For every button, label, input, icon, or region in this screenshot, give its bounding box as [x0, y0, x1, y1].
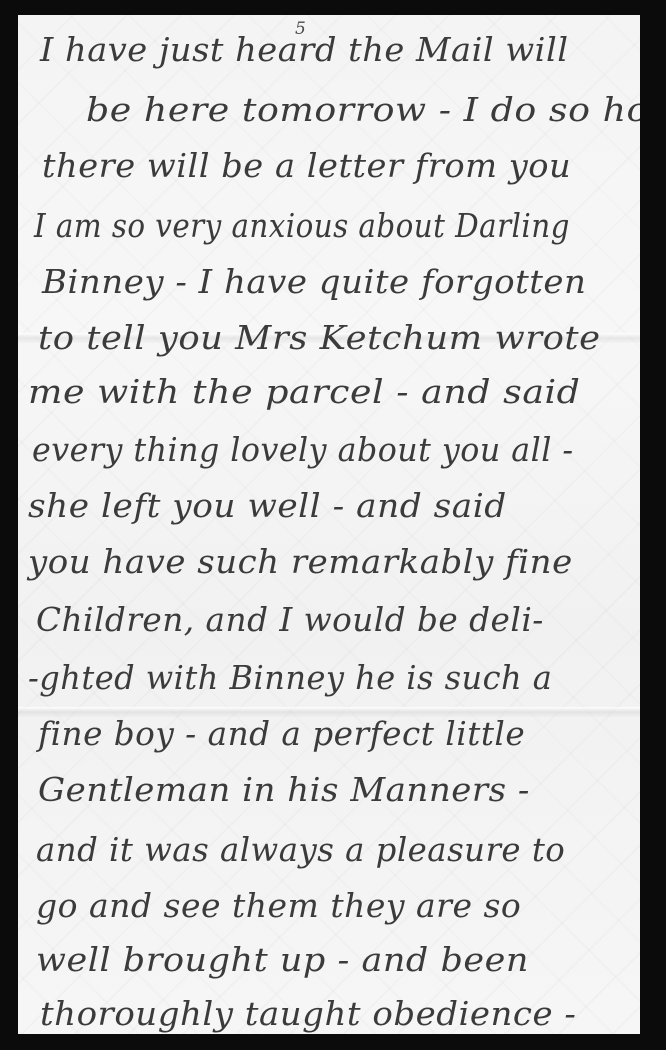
handwritten-line: every thing lovely about you all -: [32, 433, 574, 466]
handwritten-line: thoroughly taught obedience -: [40, 997, 576, 1030]
handwritten-line: you have such remarkably fine: [28, 545, 573, 578]
scan-background: 5 I have just heard the Mail will be her…: [0, 0, 666, 1050]
handwritten-line: fine boy - and a perfect little: [38, 717, 525, 750]
handwritten-line: Children, and I would be deli-: [36, 603, 544, 636]
handwritten-line: I am so very anxious about Darling: [34, 209, 570, 242]
handwritten-line: -ghted with Binney he is such a: [28, 661, 552, 694]
handwritten-line: she left you well - and said: [28, 489, 507, 522]
letter-page: 5 I have just heard the Mail will be her…: [18, 15, 640, 1034]
handwritten-line: there will be a letter from you: [42, 149, 571, 182]
handwritten-line: well brought up - and been: [36, 943, 529, 976]
handwritten-line: go and see them they are so: [36, 889, 521, 922]
handwritten-line: Binney - I have quite forgotten: [42, 265, 586, 298]
handwritten-line: me with the parcel - and said: [28, 375, 580, 408]
handwritten-line: Gentleman in his Manners -: [38, 773, 530, 806]
handwritten-line: be here tomorrow - I do so hope: [86, 93, 640, 126]
handwritten-line: I have just heard the Mail will: [40, 33, 569, 66]
handwritten-line: and it was always a pleasure to: [36, 833, 565, 866]
handwritten-line: to tell you Mrs Ketchum wrote: [38, 321, 601, 354]
